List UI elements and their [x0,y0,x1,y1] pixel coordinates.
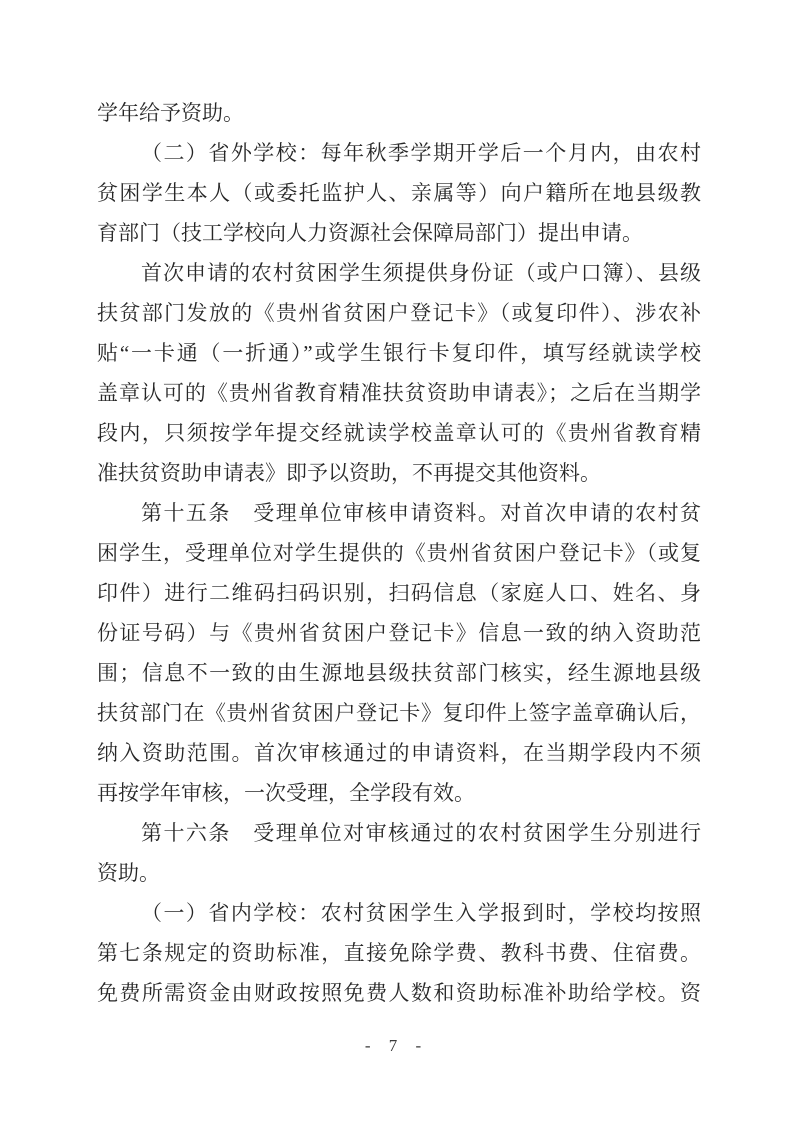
document-body: 学年给予资助。（二）省外学校：每年秋季学期开学后一个月内，由农村贫困学生本人（或… [97,93,701,1013]
text-line: 首次申请的农村贫困学生须提供身份证（或户口簿）、县级 [97,253,701,293]
text-line: 印件）进行二维码扫码识别，扫码信息（家庭人口、姓名、身 [97,573,701,613]
text-line: 贫困学生本人（或委托监护人、亲属等）向户籍所在地县级教 [97,173,701,213]
page-number: - 7 - [0,1036,793,1056]
text-line: 再按学年审核，一次受理，全学段有效。 [97,773,701,813]
text-line: 育部门（技工学校向人力资源社会保障局部门）提出申请。 [97,213,701,253]
text-line: 困学生，受理单位对学生提供的《贵州省贫困户登记卡》（或复 [97,533,701,573]
text-line: 第七条规定的资助标准，直接免除学费、教科书费、住宿费。 [97,933,701,973]
text-line: 围；信息不一致的由生源地县级扶贫部门核实，经生源地县级 [97,653,701,693]
text-line: （二）省外学校：每年秋季学期开学后一个月内，由农村 [97,133,701,173]
text-line: 免费所需资金由财政按照免费人数和资助标准补助给学校。资 [97,973,701,1013]
text-line: 学年给予资助。 [97,93,701,133]
text-line: 贴“一卡通（一折通）”或学生银行卡复印件，填写经就读学校 [97,333,701,373]
text-line: 扶贫部门在《贵州省贫困户登记卡》复印件上签字盖章确认后， [97,693,701,733]
text-line: 盖章认可的《贵州省教育精准扶贫资助申请表》；之后在当期学 [97,373,701,413]
text-line: 准扶贫资助申请表》即予以资助，不再提交其他资料。 [97,453,701,493]
text-line: 扶贫部门发放的《贵州省贫困户登记卡》（或复印件）、涉农补 [97,293,701,333]
text-line: 纳入资助范围。首次审核通过的申请资料，在当期学段内不须 [97,733,701,773]
text-line: 第十五条 受理单位审核申请资料。对首次申请的农村贫 [97,493,701,533]
text-line: 资助。 [97,853,701,893]
text-line: 第十六条 受理单位对审核通过的农村贫困学生分别进行 [97,813,701,853]
text-line: 份证号码）与《贵州省贫困户登记卡》信息一致的纳入资助范 [97,613,701,653]
text-line: 段内，只须按学年提交经就读学校盖章认可的《贵州省教育精 [97,413,701,453]
document-page: 学年给予资助。（二）省外学校：每年秋季学期开学后一个月内，由农村贫困学生本人（或… [0,0,793,1122]
text-line: （一）省内学校：农村贫困学生入学报到时，学校均按照 [97,893,701,933]
